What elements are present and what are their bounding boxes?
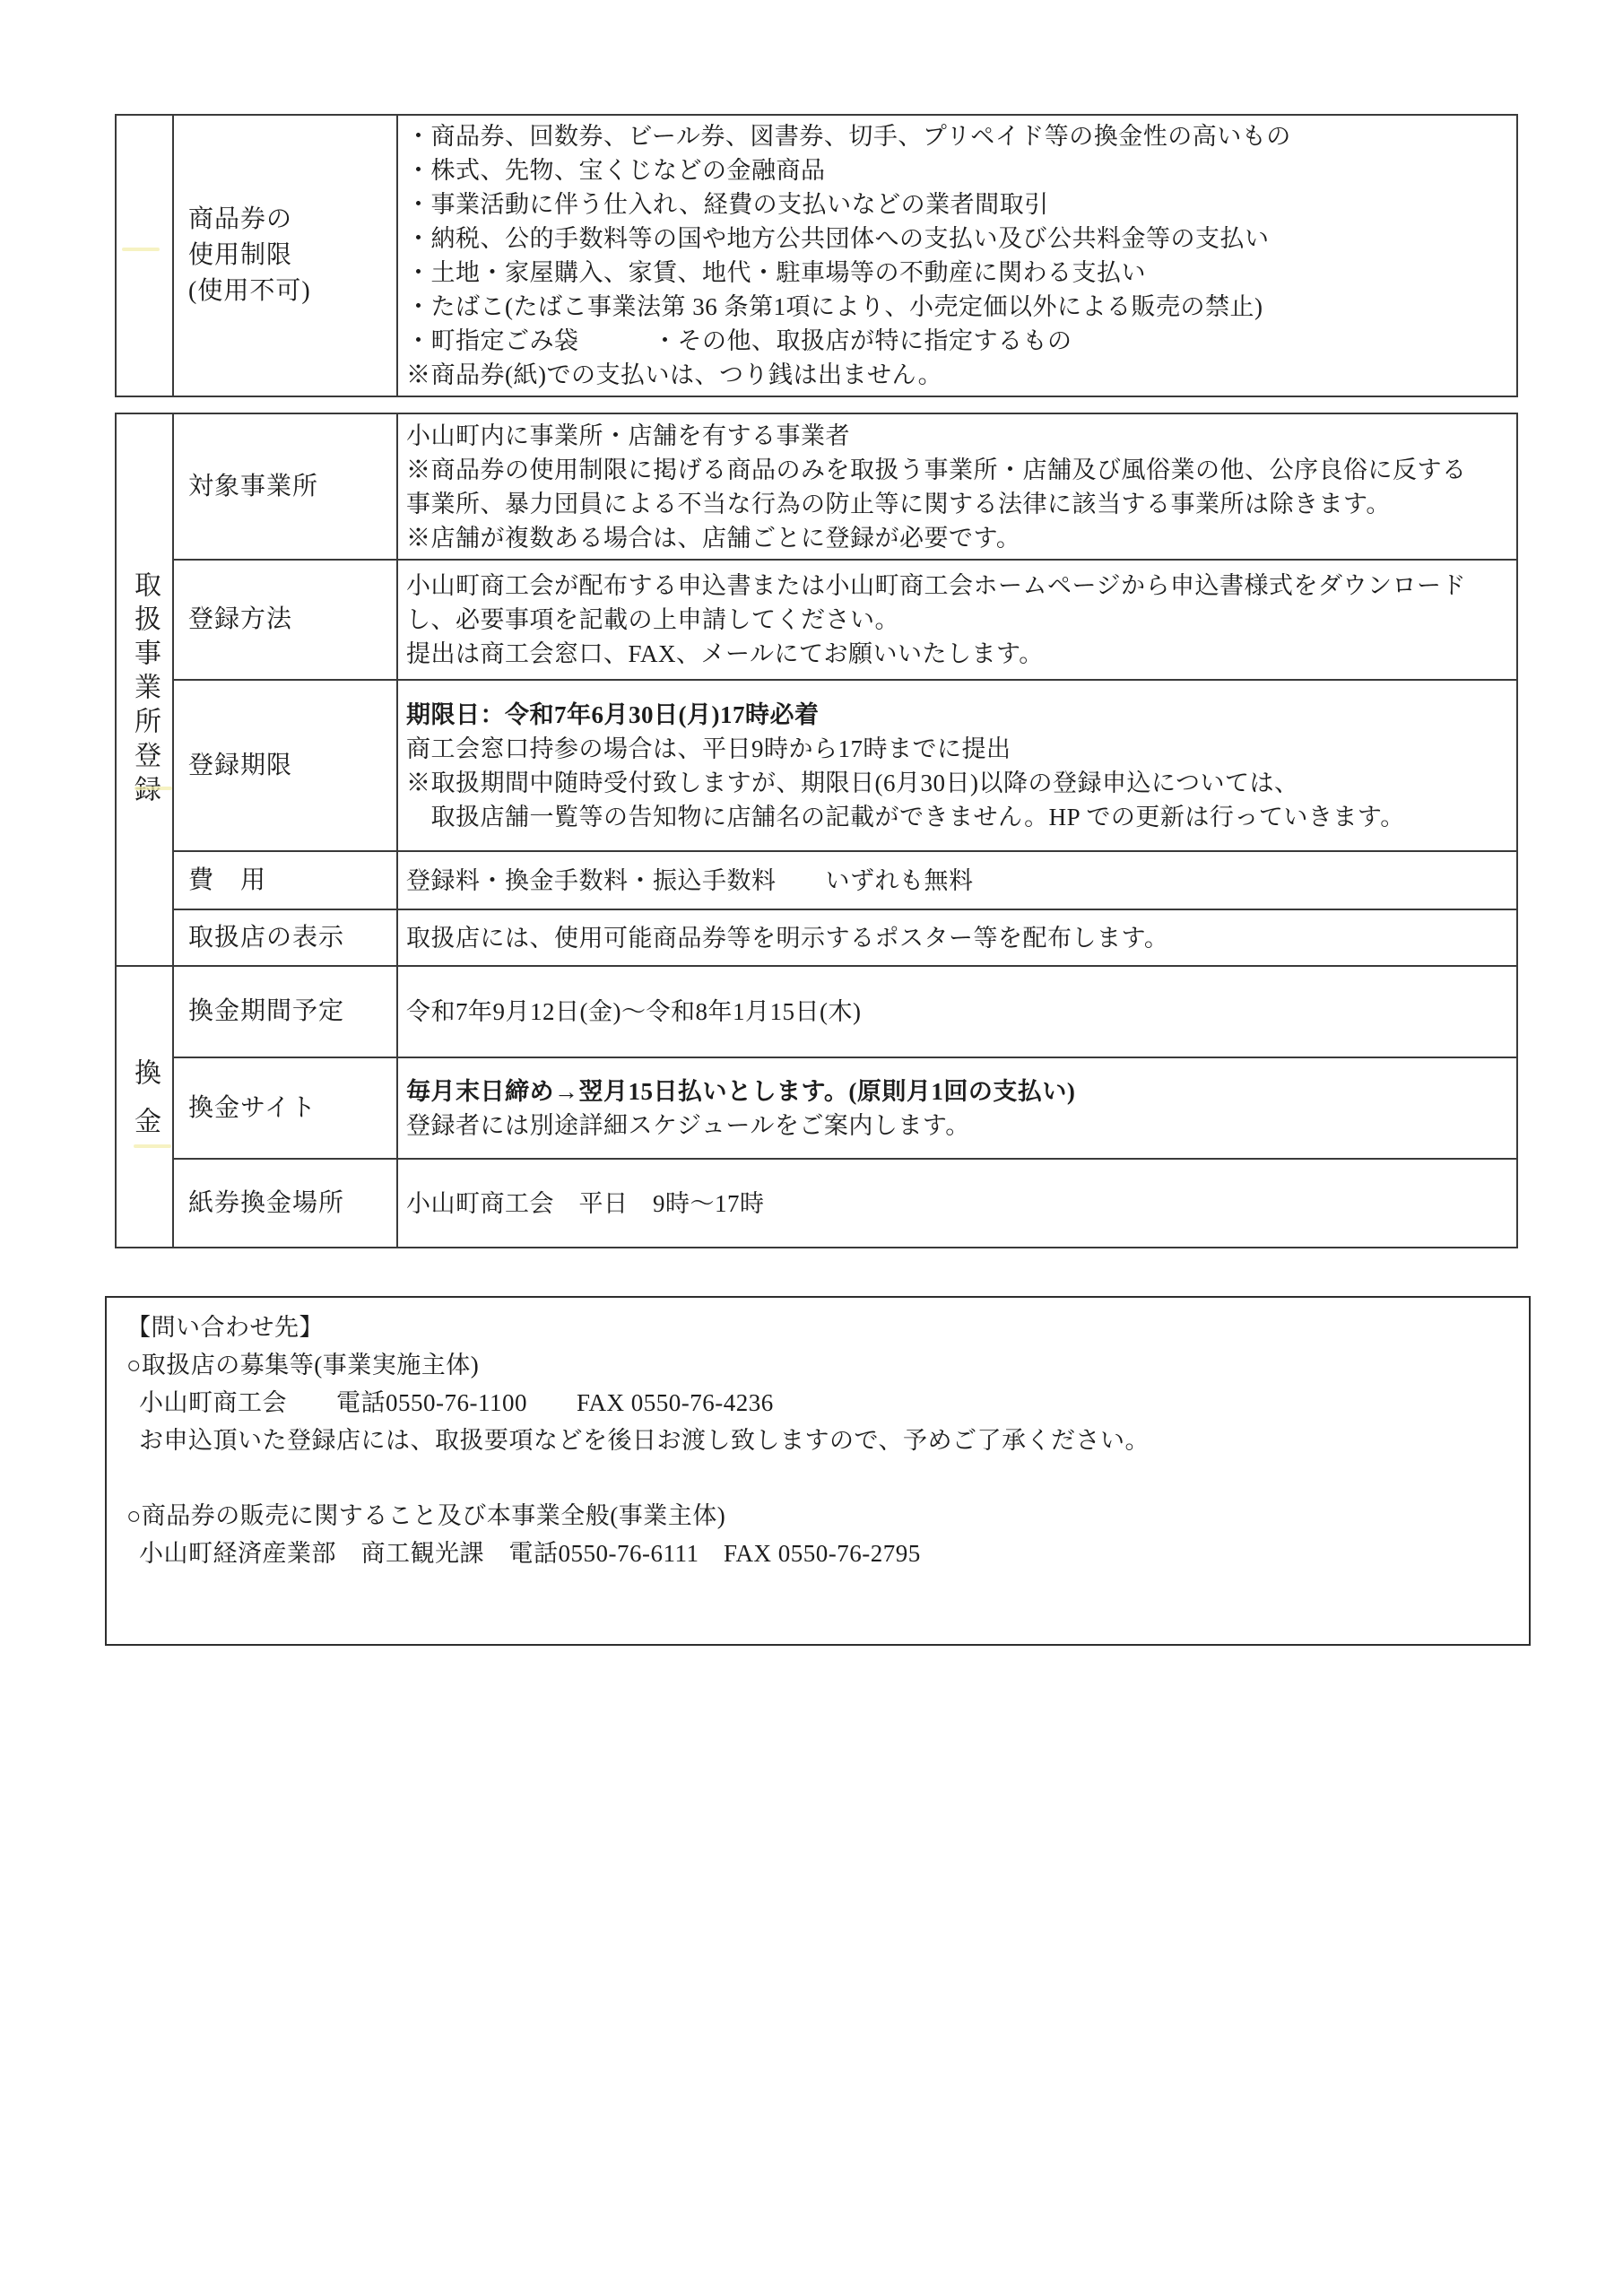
restriction-item: ・納税、公的手数料等の国や地方公共団体への支払い及び公共料金等の支払い (406, 222, 1509, 256)
row-content: 小山町商工会 平日 9時～17時 (397, 1159, 1517, 1248)
row-header-line: (使用不可) (188, 274, 396, 309)
contact-block2-heading: ○商品券の販売に関すること及び本事業全般(事業主体) (126, 1497, 1511, 1535)
row-header: 対象事業所 (173, 413, 397, 560)
table-row: 取扱店の表示 取扱店には、使用可能商品券等を明示するポスター等を配布します。 (116, 909, 1517, 966)
content-line: 登録料・換金手数料・振込手数料 いずれも無料 (406, 864, 1509, 898)
scanned-document-page: 商品券の 使用制限 (使用不可) ・商品券、回数券、ビール券、図書券、切手、プリ… (0, 0, 1623, 2296)
section-label-vertical: 取扱事業所登録 (125, 570, 164, 809)
content-line: 取扱店舗一覧等の告知物に店舗名の記載ができません。HP での更新は行っていきます… (406, 800, 1509, 834)
restriction-note: ※商品券(紙)での支払いは、つり銭は出ません。 (406, 358, 1509, 392)
left-margin-cell (116, 115, 173, 396)
row-content: 取扱店には、使用可能商品券等を明示するポスター等を配布します。 (397, 909, 1517, 966)
row-header: 換金サイト (173, 1057, 397, 1159)
row-header: 費 用 (173, 851, 397, 909)
deadline-bold-line: 期限日：令和7年6月30日(月)17時必着 (406, 698, 1509, 732)
usage-restriction-table: 商品券の 使用制限 (使用不可) ・商品券、回数券、ビール券、図書券、切手、プリ… (115, 114, 1518, 397)
restriction-item: ・株式、先物、宝くじなどの金融商品 (406, 153, 1509, 187)
contact-block2-phone: 小山町経済産業部 商工観光課 電話0550-76-6111 FAX 0550-7… (126, 1535, 1511, 1572)
row-header-usage-restriction: 商品券の 使用制限 (使用不可) (173, 115, 397, 396)
usage-restriction-content: ・商品券、回数券、ビール券、図書券、切手、プリペイド等の換金性の高いもの ・株式… (397, 115, 1517, 396)
table-row: 費 用 登録料・換金手数料・振込手数料 いずれも無料 (116, 851, 1517, 909)
table-row: 換金サイト 毎月末日締め→翌月15日払いとします。(原則月1回の支払い) 登録者… (116, 1057, 1517, 1159)
row-header: 登録期限 (173, 680, 397, 851)
row-header: 換金期間予定 (173, 966, 397, 1057)
row-header-line: 商品券の (188, 202, 396, 238)
row-content: 期限日：令和7年6月30日(月)17時必着 商工会窓口持参の場合は、平日9時から… (397, 680, 1517, 851)
blank-line (126, 1459, 1511, 1497)
highlight-mark (135, 787, 172, 790)
row-header: 登録方法 (173, 560, 397, 680)
table-row: 換金 換金期間予定 令和7年9月12日(金)～令和8年1月15日(木) (116, 966, 1517, 1057)
row-content: 小山町商工会が配布する申込書または小山町商工会ホームページから申込書様式をダウン… (397, 560, 1517, 680)
contact-block1-phone: 小山町商工会 電話0550-76-1100 FAX 0550-76-4236 (126, 1384, 1511, 1422)
content-line: ※店舗が複数ある場合は、店舗ごとに登録が必要です。 (406, 521, 1509, 555)
contact-info-box: 【問い合わせ先】 ○取扱店の募集等(事業実施主体) 小山町商工会 電話0550-… (105, 1296, 1531, 1646)
payment-cycle-bold-line: 毎月末日締め→翌月15日払いとします。(原則月1回の支払い) (406, 1074, 1509, 1109)
contact-block1-note: お申込頂いた登録店には、取扱要項などを後日お渡し致しますので、予めご了承ください… (126, 1422, 1511, 1459)
content-line: 取扱店には、使用可能商品券等を明示するポスター等を配布します。 (406, 921, 1509, 955)
table-row: 紙券換金場所 小山町商工会 平日 9時～17時 (116, 1159, 1517, 1248)
table-row: 登録方法 小山町商工会が配布する申込書または小山町商工会ホームページから申込書様… (116, 560, 1517, 680)
content-line: 小山町商工会が配布する申込書または小山町商工会ホームページから申込書様式をダウン… (406, 569, 1509, 603)
content-line: 令和7年9月12日(金)～令和8年1月15日(木) (406, 995, 1509, 1029)
table-row: 商品券の 使用制限 (使用不可) ・商品券、回数券、ビール券、図書券、切手、プリ… (116, 115, 1517, 396)
row-content: 小山町内に事業所・店舗を有する事業者 ※商品券の使用制限に掲げる商品のみを取扱う… (397, 413, 1517, 560)
registration-redemption-table: 取扱事業所登録 対象事業所 小山町内に事業所・店舗を有する事業者 ※商品券の使用… (115, 413, 1518, 1248)
row-content: 毎月末日締め→翌月15日払いとします。(原則月1回の支払い) 登録者には別途詳細… (397, 1057, 1517, 1159)
row-header: 取扱店の表示 (173, 909, 397, 966)
restriction-item: ・たばこ(たばこ事業法第 36 条第1項により、小売定価以外による販売の禁止) (406, 290, 1509, 324)
content-line: し、必要事項を記載の上申請してください。 (406, 603, 1509, 637)
section-label-vertical: 換金 (125, 1058, 164, 1155)
restriction-item: ・商品券、回数券、ビール券、図書券、切手、プリペイド等の換金性の高いもの (406, 119, 1509, 153)
restriction-item: ・町指定ごみ袋 ・その他、取扱店が特に指定するもの (406, 324, 1509, 358)
table-row: 登録期限 期限日：令和7年6月30日(月)17時必着 商工会窓口持参の場合は、平… (116, 680, 1517, 851)
highlight-mark (122, 248, 160, 251)
content-line: ※商品券の使用制限に掲げる商品のみを取扱う事業所・店舗及び風俗業の他、公序良俗に… (406, 453, 1509, 487)
content-line: 小山町商工会 平日 9時～17時 (406, 1187, 1509, 1221)
table-row: 取扱事業所登録 対象事業所 小山町内に事業所・店舗を有する事業者 ※商品券の使用… (116, 413, 1517, 560)
contact-block1-heading: ○取扱店の募集等(事業実施主体) (126, 1346, 1511, 1384)
row-content: 登録料・換金手数料・振込手数料 いずれも無料 (397, 851, 1517, 909)
row-content: 令和7年9月12日(金)～令和8年1月15日(木) (397, 966, 1517, 1057)
content-line: 小山町内に事業所・店舗を有する事業者 (406, 419, 1509, 453)
section-header-redemption: 換金 (116, 966, 173, 1248)
restriction-item: ・事業活動に伴う仕入れ、経費の支払いなどの業者間取引 (406, 187, 1509, 222)
content-line: ※取扱期間中随時受付致しますが、期限日(6月30日)以降の登録申込については、 (406, 766, 1509, 800)
highlight-mark (134, 1144, 171, 1148)
row-header-line: 使用制限 (188, 238, 396, 274)
contact-title: 【問い合わせ先】 (126, 1309, 1511, 1346)
content-line: 登録者には別途詳細スケジュールをご案内します。 (406, 1109, 1509, 1143)
content-line: 提出は商工会窓口、FAX、メールにてお願いいたします。 (406, 637, 1509, 671)
content-line: 事業所、暴力団員による不当な行為の防止等に関する法律に該当する事業所は除きます。 (406, 487, 1509, 521)
content-line: 商工会窓口持参の場合は、平日9時から17時までに提出 (406, 732, 1509, 766)
restriction-item: ・土地・家屋購入、家賃、地代・駐車場等の不動産に関わる支払い (406, 256, 1509, 290)
section-header-registration: 取扱事業所登録 (116, 413, 173, 966)
row-header: 紙券換金場所 (173, 1159, 397, 1248)
